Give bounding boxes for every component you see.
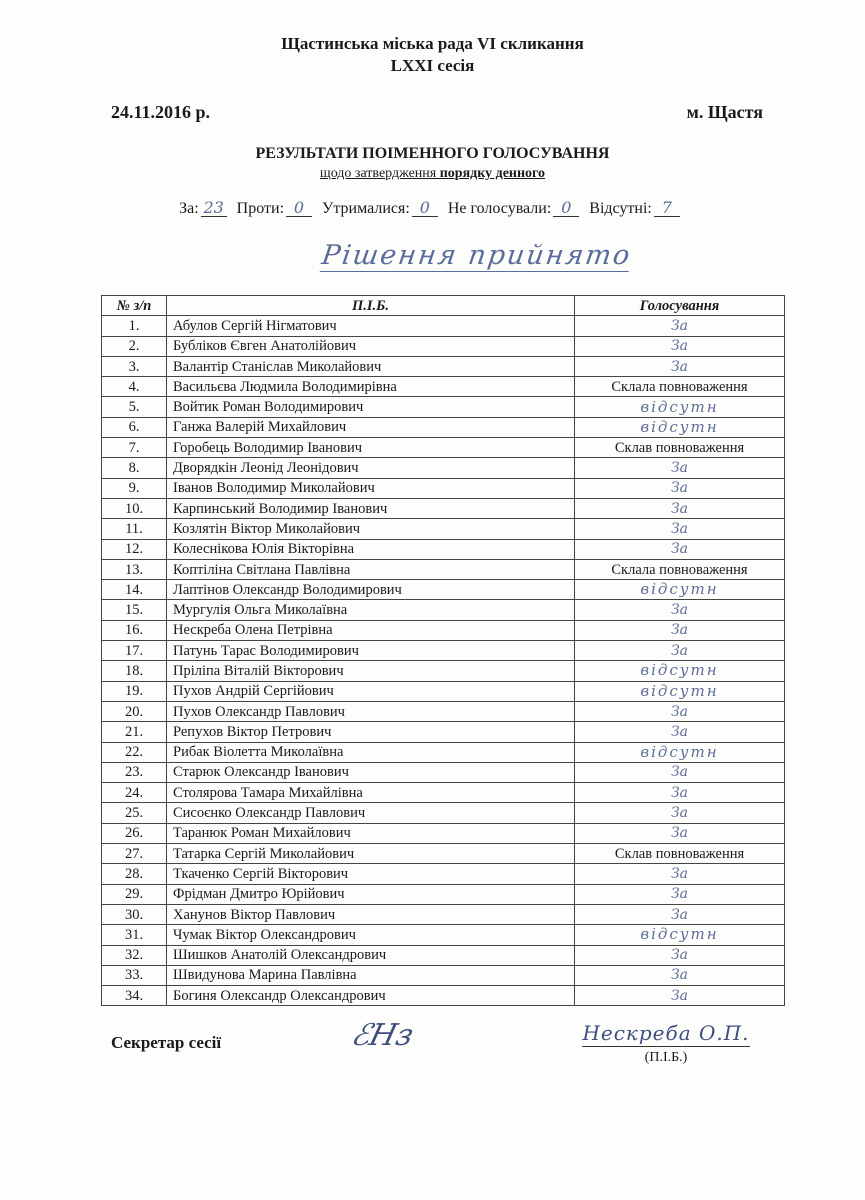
table-row: 6.Ганжа Валерій Михайловичвідсутн — [102, 417, 785, 437]
row-number: 14. — [102, 580, 167, 600]
vote-cell: За — [575, 458, 785, 478]
row-number: 9. — [102, 478, 167, 498]
session-number: LXXI сесія — [0, 56, 865, 76]
vote-tally: За:23 Проти:0 Утрималися:0 Не голосували… — [0, 200, 865, 218]
vote-cell: За — [575, 762, 785, 782]
row-number: 8. — [102, 458, 167, 478]
member-name: Дворядкін Леонід Леонідович — [167, 458, 575, 478]
member-name: Лаптінов Олександр Володимирович — [167, 580, 575, 600]
secretary-label: Секретар сесії — [111, 1033, 221, 1053]
row-number: 16. — [102, 620, 167, 640]
vote-value: За — [671, 622, 688, 638]
member-name: Пріліпа Віталій Вікторович — [167, 661, 575, 681]
vote-cell: За — [575, 641, 785, 661]
vote-value: За — [671, 501, 688, 517]
member-name: Ханунов Віктор Павлович — [167, 904, 575, 924]
vote-cell: відсутн — [575, 417, 785, 437]
row-number: 32. — [102, 945, 167, 965]
row-number: 21. — [102, 722, 167, 742]
row-number: 18. — [102, 661, 167, 681]
vote-cell: За — [575, 316, 785, 336]
member-name: Карпинський Володимир Іванович — [167, 498, 575, 518]
document-subtitle: щодо затвердження порядку денного — [0, 166, 865, 182]
session-city: м. Щастя — [687, 102, 763, 123]
vote-cell: За — [575, 539, 785, 559]
member-name: Войтик Роман Володимирович — [167, 397, 575, 417]
row-number: 2. — [102, 336, 167, 356]
vote-value: За — [671, 602, 688, 618]
tally-absent-value: 7 — [654, 200, 680, 217]
table-row: 3.Валантір Станіслав МиколайовичЗа — [102, 356, 785, 376]
table-row: 33.Швидунова Марина ПавлівнаЗа — [102, 965, 785, 985]
table-row: 32.Шишков Анатолій ОлександровичЗа — [102, 945, 785, 965]
vote-cell: Склала повноваження — [575, 559, 785, 579]
vote-value: За — [671, 988, 688, 1004]
subtitle-prefix: щодо затвердження — [320, 166, 440, 181]
vote-value: За — [671, 947, 688, 963]
vote-value: За — [671, 643, 688, 659]
vote-value: Склала повноваження — [611, 379, 747, 395]
vote-value: відсутн — [640, 682, 718, 700]
vote-cell: За — [575, 904, 785, 924]
table-row: 31.Чумак Віктор Олександровичвідсутн — [102, 925, 785, 945]
row-number: 25. — [102, 803, 167, 823]
vote-value: відсутн — [640, 925, 718, 943]
row-number: 26. — [102, 823, 167, 843]
member-name: Бубліков Євген Анатолійович — [167, 336, 575, 356]
row-number: 6. — [102, 417, 167, 437]
vote-cell: За — [575, 356, 785, 376]
vote-cell: Склала повноваження — [575, 377, 785, 397]
vote-cell: За — [575, 600, 785, 620]
vote-cell: За — [575, 986, 785, 1006]
member-name: Валантір Станіслав Миколайович — [167, 356, 575, 376]
table-row: 29.Фрідман Дмитро ЮрійовичЗа — [102, 884, 785, 904]
row-number: 11. — [102, 519, 167, 539]
vote-cell: За — [575, 722, 785, 742]
row-number: 27. — [102, 844, 167, 864]
vote-value: відсутн — [640, 661, 718, 679]
vote-cell: відсутн — [575, 742, 785, 762]
vote-value: відсутн — [640, 418, 718, 436]
row-number: 5. — [102, 397, 167, 417]
member-name: Пухов Андрій Сергійович — [167, 681, 575, 701]
table-row: 22.Рибак Віолетта Миколаївнавідсутн — [102, 742, 785, 762]
row-number: 20. — [102, 701, 167, 721]
table-row: 15.Мургулія Ольга МиколаївнаЗа — [102, 600, 785, 620]
member-name: Абулов Сергій Нігматович — [167, 316, 575, 336]
row-number: 1. — [102, 316, 167, 336]
vote-value: відсутн — [640, 743, 718, 761]
member-name: Пухов Олександр Павлович — [167, 701, 575, 721]
vote-cell: За — [575, 823, 785, 843]
vote-cell: Склав повноваження — [575, 438, 785, 458]
row-number: 17. — [102, 641, 167, 661]
member-name: Богиня Олександр Олександрович — [167, 986, 575, 1006]
vote-cell: відсутн — [575, 661, 785, 681]
vote-value: За — [671, 541, 688, 557]
vote-value: Склав повноваження — [615, 846, 744, 862]
vote-cell: За — [575, 336, 785, 356]
vote-value: За — [671, 521, 688, 537]
table-row: 12.Колеснікова Юлія ВікторівнаЗа — [102, 539, 785, 559]
vote-cell: відсутн — [575, 397, 785, 417]
member-name: Горобець Володимир Іванович — [167, 438, 575, 458]
vote-value: За — [671, 866, 688, 882]
table-row: 21.Репухов Віктор ПетровичЗа — [102, 722, 785, 742]
table-row: 16.Нескреба Олена ПетрівнаЗа — [102, 620, 785, 640]
vote-cell: За — [575, 620, 785, 640]
vote-cell: За — [575, 803, 785, 823]
tally-for-label: За: — [179, 200, 199, 217]
header-name: П.І.Б. — [167, 296, 575, 316]
tally-absent-label: Відсутні: — [589, 200, 652, 217]
member-name: Іванов Володимир Миколайович — [167, 478, 575, 498]
vote-cell: відсутн — [575, 925, 785, 945]
tally-not-voted-label: Не голосували: — [448, 200, 551, 217]
tally-abstained-label: Утрималися: — [322, 200, 410, 217]
table-row: 7.Горобець Володимир ІвановичСклав повно… — [102, 438, 785, 458]
vote-cell: За — [575, 783, 785, 803]
vote-cell: За — [575, 864, 785, 884]
row-number: 12. — [102, 539, 167, 559]
member-name: Колеснікова Юлія Вікторівна — [167, 539, 575, 559]
row-number: 13. — [102, 559, 167, 579]
signer-name: Нескреба О.П. — [582, 1020, 750, 1047]
row-number: 22. — [102, 742, 167, 762]
member-name: Чумак Віктор Олександрович — [167, 925, 575, 945]
member-name: Сисоєнко Олександр Павлович — [167, 803, 575, 823]
table-row: 5.Войтик Роман Володимировичвідсутн — [102, 397, 785, 417]
row-number: 19. — [102, 681, 167, 701]
table-row: 27.Татарка Сергій МиколайовичСклав повно… — [102, 844, 785, 864]
tally-against-value: 0 — [286, 200, 312, 217]
row-number: 34. — [102, 986, 167, 1006]
table-row: 30.Ханунов Віктор ПавловичЗа — [102, 904, 785, 924]
table-row: 20.Пухов Олександр ПавловичЗа — [102, 701, 785, 721]
vote-value: За — [671, 724, 688, 740]
subtitle-bold: порядку денного — [440, 166, 545, 181]
member-name: Таранюк Роман Михайлович — [167, 823, 575, 843]
member-name: Татарка Сергій Миколайович — [167, 844, 575, 864]
vote-value: відсутн — [640, 580, 718, 598]
member-name: Старюк Олександр Іванович — [167, 762, 575, 782]
row-number: 7. — [102, 438, 167, 458]
table-row: 17.Патунь Тарас ВолодимировичЗа — [102, 641, 785, 661]
vote-value: Склала повноваження — [611, 562, 747, 578]
vote-value: За — [671, 907, 688, 923]
vote-cell: За — [575, 519, 785, 539]
vote-cell: За — [575, 701, 785, 721]
name-caption: (П.І.Б.) — [582, 1050, 750, 1066]
member-name: Репухов Віктор Петрович — [167, 722, 575, 742]
member-name: Фрідман Дмитро Юрійович — [167, 884, 575, 904]
table-row: 2.Бубліков Євген АнатолійовичЗа — [102, 336, 785, 356]
row-number: 33. — [102, 965, 167, 985]
header-vote: Голосування — [575, 296, 785, 316]
tally-not-voted-value: 0 — [553, 200, 579, 217]
vote-value: За — [671, 460, 688, 476]
vote-cell: відсутн — [575, 580, 785, 600]
header-number: № з/п — [102, 296, 167, 316]
vote-value: За — [671, 480, 688, 496]
member-name: Козлятін Віктор Миколайович — [167, 519, 575, 539]
table-row: 28.Ткаченко Сергій ВікторовичЗа — [102, 864, 785, 884]
row-number: 3. — [102, 356, 167, 376]
member-name: Нескреба Олена Петрівна — [167, 620, 575, 640]
decision-handwritten: Рішення прийнято — [320, 240, 634, 271]
table-row: 34.Богиня Олександр ОлександровичЗа — [102, 986, 785, 1006]
vote-value: За — [671, 338, 688, 354]
row-number: 15. — [102, 600, 167, 620]
council-name: Щастинська міська рада VI скликання — [0, 34, 865, 54]
table-header-row: № з/п П.І.Б. Голосування — [102, 296, 785, 316]
table-row: 25.Сисоєнко Олександр ПавловичЗа — [102, 803, 785, 823]
vote-cell: За — [575, 945, 785, 965]
table-row: 1.Абулов Сергій НігматовичЗа — [102, 316, 785, 336]
document-title: РЕЗУЛЬТАТИ ПОІМЕННОГО ГОЛОСУВАННЯ — [0, 145, 865, 163]
member-name: Мургулія Ольга Миколаївна — [167, 600, 575, 620]
table-row: 14.Лаптінов Олександр Володимировичвідсу… — [102, 580, 785, 600]
vote-cell: За — [575, 478, 785, 498]
row-number: 30. — [102, 904, 167, 924]
vote-cell: За — [575, 498, 785, 518]
session-date: 24.11.2016 р. — [111, 102, 210, 123]
row-number: 29. — [102, 884, 167, 904]
row-number: 24. — [102, 783, 167, 803]
row-number: 28. — [102, 864, 167, 884]
vote-cell: За — [575, 884, 785, 904]
member-name: Васильєва Людмила Володимирівна — [167, 377, 575, 397]
member-name: Столярова Тамара Михайлівна — [167, 783, 575, 803]
table-row: 4.Васильєва Людмила ВолодимирівнаСклала … — [102, 377, 785, 397]
member-name: Ткаченко Сергій Вікторович — [167, 864, 575, 884]
decision-text: Рішення прийнято — [320, 240, 634, 272]
vote-value: відсутн — [640, 398, 718, 416]
vote-value: За — [671, 825, 688, 841]
member-name: Патунь Тарас Володимирович — [167, 641, 575, 661]
secretary-signature: ℰНз — [348, 1018, 417, 1053]
table-row: 8.Дворядкін Леонід ЛеонідовичЗа — [102, 458, 785, 478]
roll-call-table: № з/п П.І.Б. Голосування 1.Абулов Сергій… — [101, 295, 785, 1006]
vote-value: За — [671, 318, 688, 334]
table-row: 26.Таранюк Роман МихайловичЗа — [102, 823, 785, 843]
vote-cell: відсутн — [575, 681, 785, 701]
table-row: 18.Пріліпа Віталій Вікторовичвідсутн — [102, 661, 785, 681]
table-row: 13.Коптіліна Світлана ПавлівнаСклала пов… — [102, 559, 785, 579]
member-name: Ганжа Валерій Михайлович — [167, 417, 575, 437]
tally-abstained-value: 0 — [412, 200, 438, 217]
table-row: 9.Іванов Володимир МиколайовичЗа — [102, 478, 785, 498]
vote-cell: Склав повноваження — [575, 844, 785, 864]
row-number: 23. — [102, 762, 167, 782]
vote-value: За — [671, 704, 688, 720]
row-number: 31. — [102, 925, 167, 945]
member-name: Швидунова Марина Павлівна — [167, 965, 575, 985]
vote-value: За — [671, 359, 688, 375]
member-name: Шишков Анатолій Олександрович — [167, 945, 575, 965]
vote-value: За — [671, 886, 688, 902]
vote-cell: За — [575, 965, 785, 985]
row-number: 10. — [102, 498, 167, 518]
table-row: 23.Старюк Олександр ІвановичЗа — [102, 762, 785, 782]
table-row: 10.Карпинський Володимир ІвановичЗа — [102, 498, 785, 518]
vote-value: За — [671, 967, 688, 983]
member-name: Коптіліна Світлана Павлівна — [167, 559, 575, 579]
table-row: 24.Столярова Тамара МихайлівнаЗа — [102, 783, 785, 803]
vote-value: За — [671, 785, 688, 801]
table-row: 11.Козлятін Віктор МиколайовичЗа — [102, 519, 785, 539]
vote-value: За — [671, 805, 688, 821]
row-number: 4. — [102, 377, 167, 397]
vote-value: За — [671, 764, 688, 780]
vote-value: Склав повноваження — [615, 440, 744, 456]
tally-against-label: Проти: — [237, 200, 284, 217]
table-row: 19.Пухов Андрій Сергійовичвідсутн — [102, 681, 785, 701]
tally-for-value: 23 — [201, 200, 227, 217]
member-name: Рибак Віолетта Миколаївна — [167, 742, 575, 762]
